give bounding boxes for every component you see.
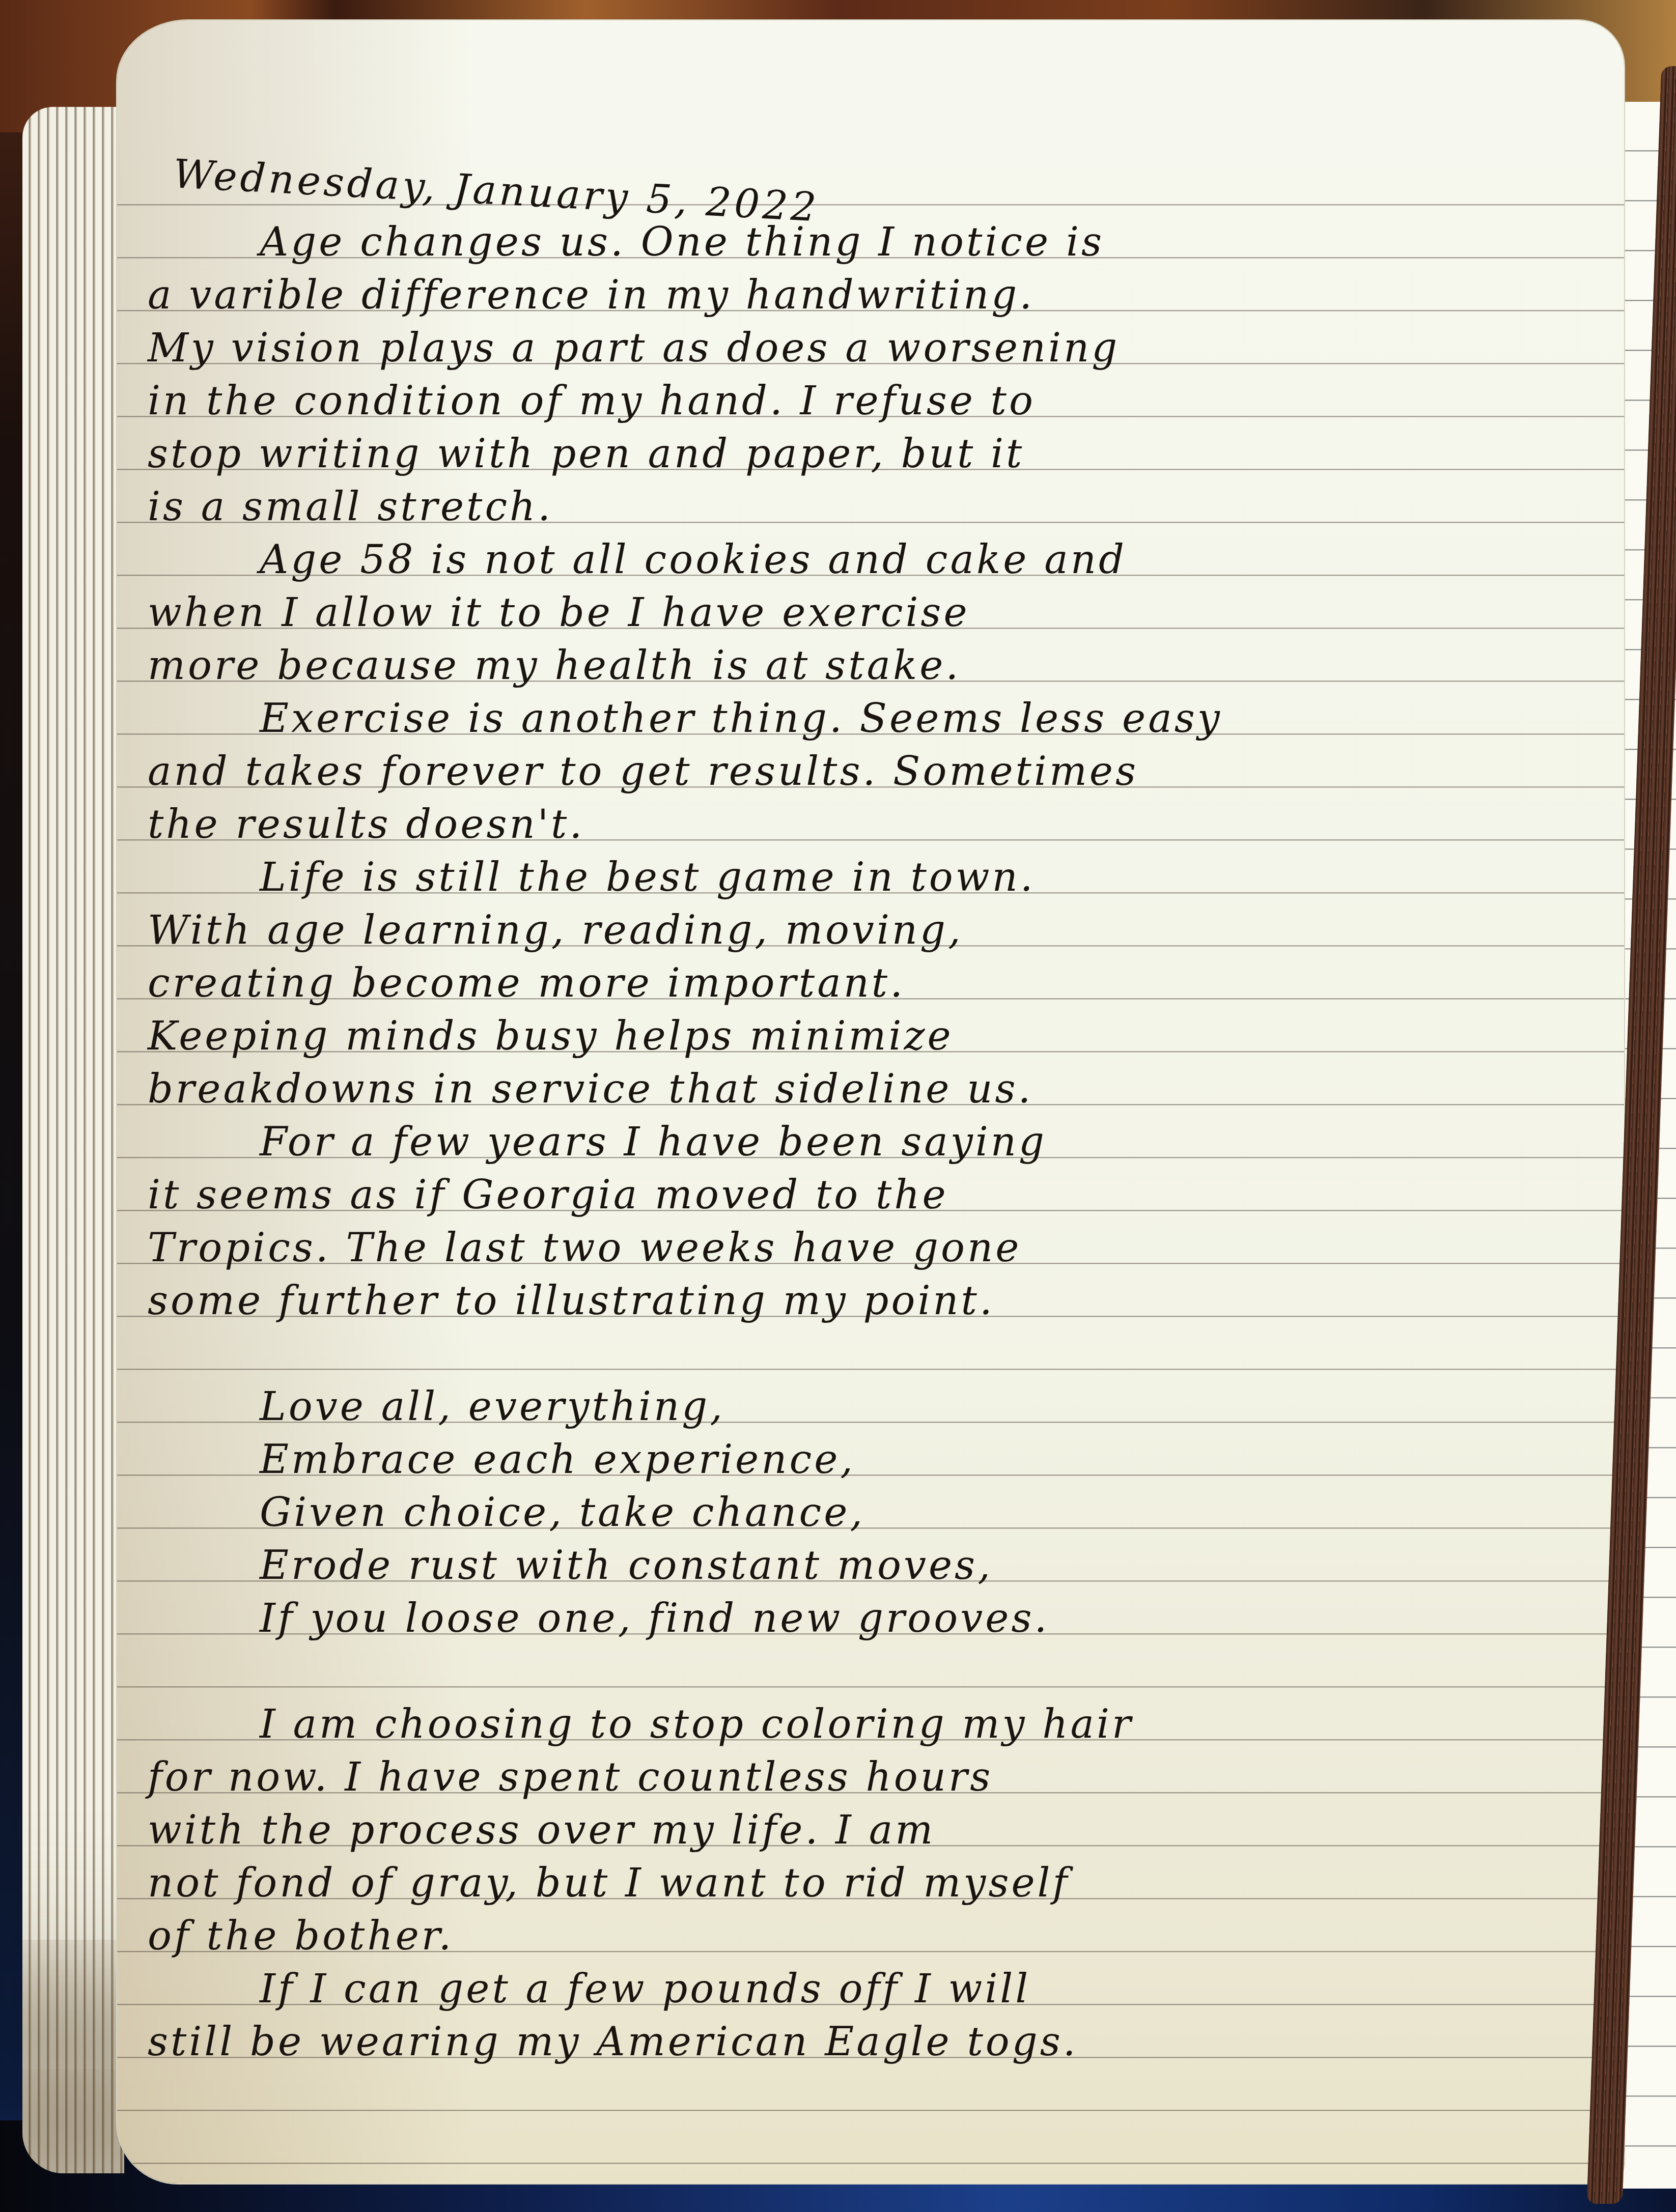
paragraph-hair: I am choosing to stop coloring my hair f…: [148, 1698, 1583, 1963]
paragraph-age: Age 58 is not all cookies and cake and w…: [148, 533, 1583, 692]
text-line: in the condition of my hand. I refuse to: [148, 375, 1583, 428]
notebook-page-edges: [22, 107, 124, 2173]
text-line: stop writing with pen and paper, but it: [148, 428, 1583, 480]
text-line: some further to illustrating my point.: [148, 1274, 1583, 1327]
text-line: a varible difference in my handwriting.: [148, 269, 1583, 322]
text-line: Life is still the best game in town.: [148, 851, 1583, 904]
paragraph-georgia: For a few years I have been saying it se…: [148, 1116, 1583, 1327]
text-line: for now. I have spent countless hours: [148, 1751, 1583, 1804]
text-line: With age learning, reading, moving,: [148, 904, 1583, 957]
text-line: For a few years I have been saying: [148, 1116, 1583, 1169]
text-line: breakdowns in service that sideline us.: [148, 1063, 1583, 1116]
poem-line: Given choice, take chance,: [148, 1486, 1583, 1539]
paragraph-handwriting: Age changes us. One thing I notice is a …: [148, 216, 1583, 533]
paragraph-pounds: If I can get a few pounds off I will sti…: [148, 1963, 1583, 2068]
text-line: I am choosing to stop coloring my hair: [148, 1698, 1583, 1751]
text-line: Exercise is another thing. Seems less ea…: [148, 692, 1583, 745]
poem-line: Erode rust with constant moves,: [148, 1539, 1583, 1592]
text-line: of the bother.: [148, 1910, 1583, 1963]
poem: Love all, everything, Embrace each exper…: [148, 1380, 1583, 1645]
text-line: with the process over my life. I am: [148, 1804, 1583, 1857]
journal-entry: Wednesday, January 5, 2022 Age changes u…: [148, 148, 1583, 2068]
text-line: My vision plays a part as does a worseni…: [148, 322, 1583, 375]
poem-line: Love all, everything,: [148, 1380, 1583, 1433]
text-line: the results doesn't.: [148, 798, 1583, 851]
poem-line: If you loose one, find new grooves.: [148, 1592, 1583, 1645]
text-line: still be wearing my American Eagle togs.: [148, 2016, 1583, 2068]
text-line: Age 58 is not all cookies and cake and: [148, 533, 1583, 586]
text-line: it seems as if Georgia moved to the: [148, 1169, 1583, 1222]
journal-page: Wednesday, January 5, 2022 Age changes u…: [117, 20, 1624, 2183]
text-line: Keeping minds busy helps minimize: [148, 1010, 1583, 1063]
text-line: is a small stretch.: [148, 480, 1583, 533]
text-line: creating become more important.: [148, 957, 1583, 1010]
paragraph-life: Life is still the best game in town. Wit…: [148, 851, 1583, 1116]
text-line: If I can get a few pounds off I will: [148, 1963, 1583, 2016]
text-line: more because my health is at stake.: [148, 639, 1583, 692]
text-line: when I allow it to be I have exercise: [148, 586, 1583, 639]
text-line: Tropics. The last two weeks have gone: [148, 1222, 1583, 1274]
poem-line: Embrace each experience,: [148, 1433, 1583, 1486]
paragraph-exercise: Exercise is another thing. Seems less ea…: [148, 692, 1583, 851]
text-line: and takes forever to get results. Someti…: [148, 745, 1583, 798]
text-line: not fond of gray, but I want to rid myse…: [148, 1857, 1583, 1910]
